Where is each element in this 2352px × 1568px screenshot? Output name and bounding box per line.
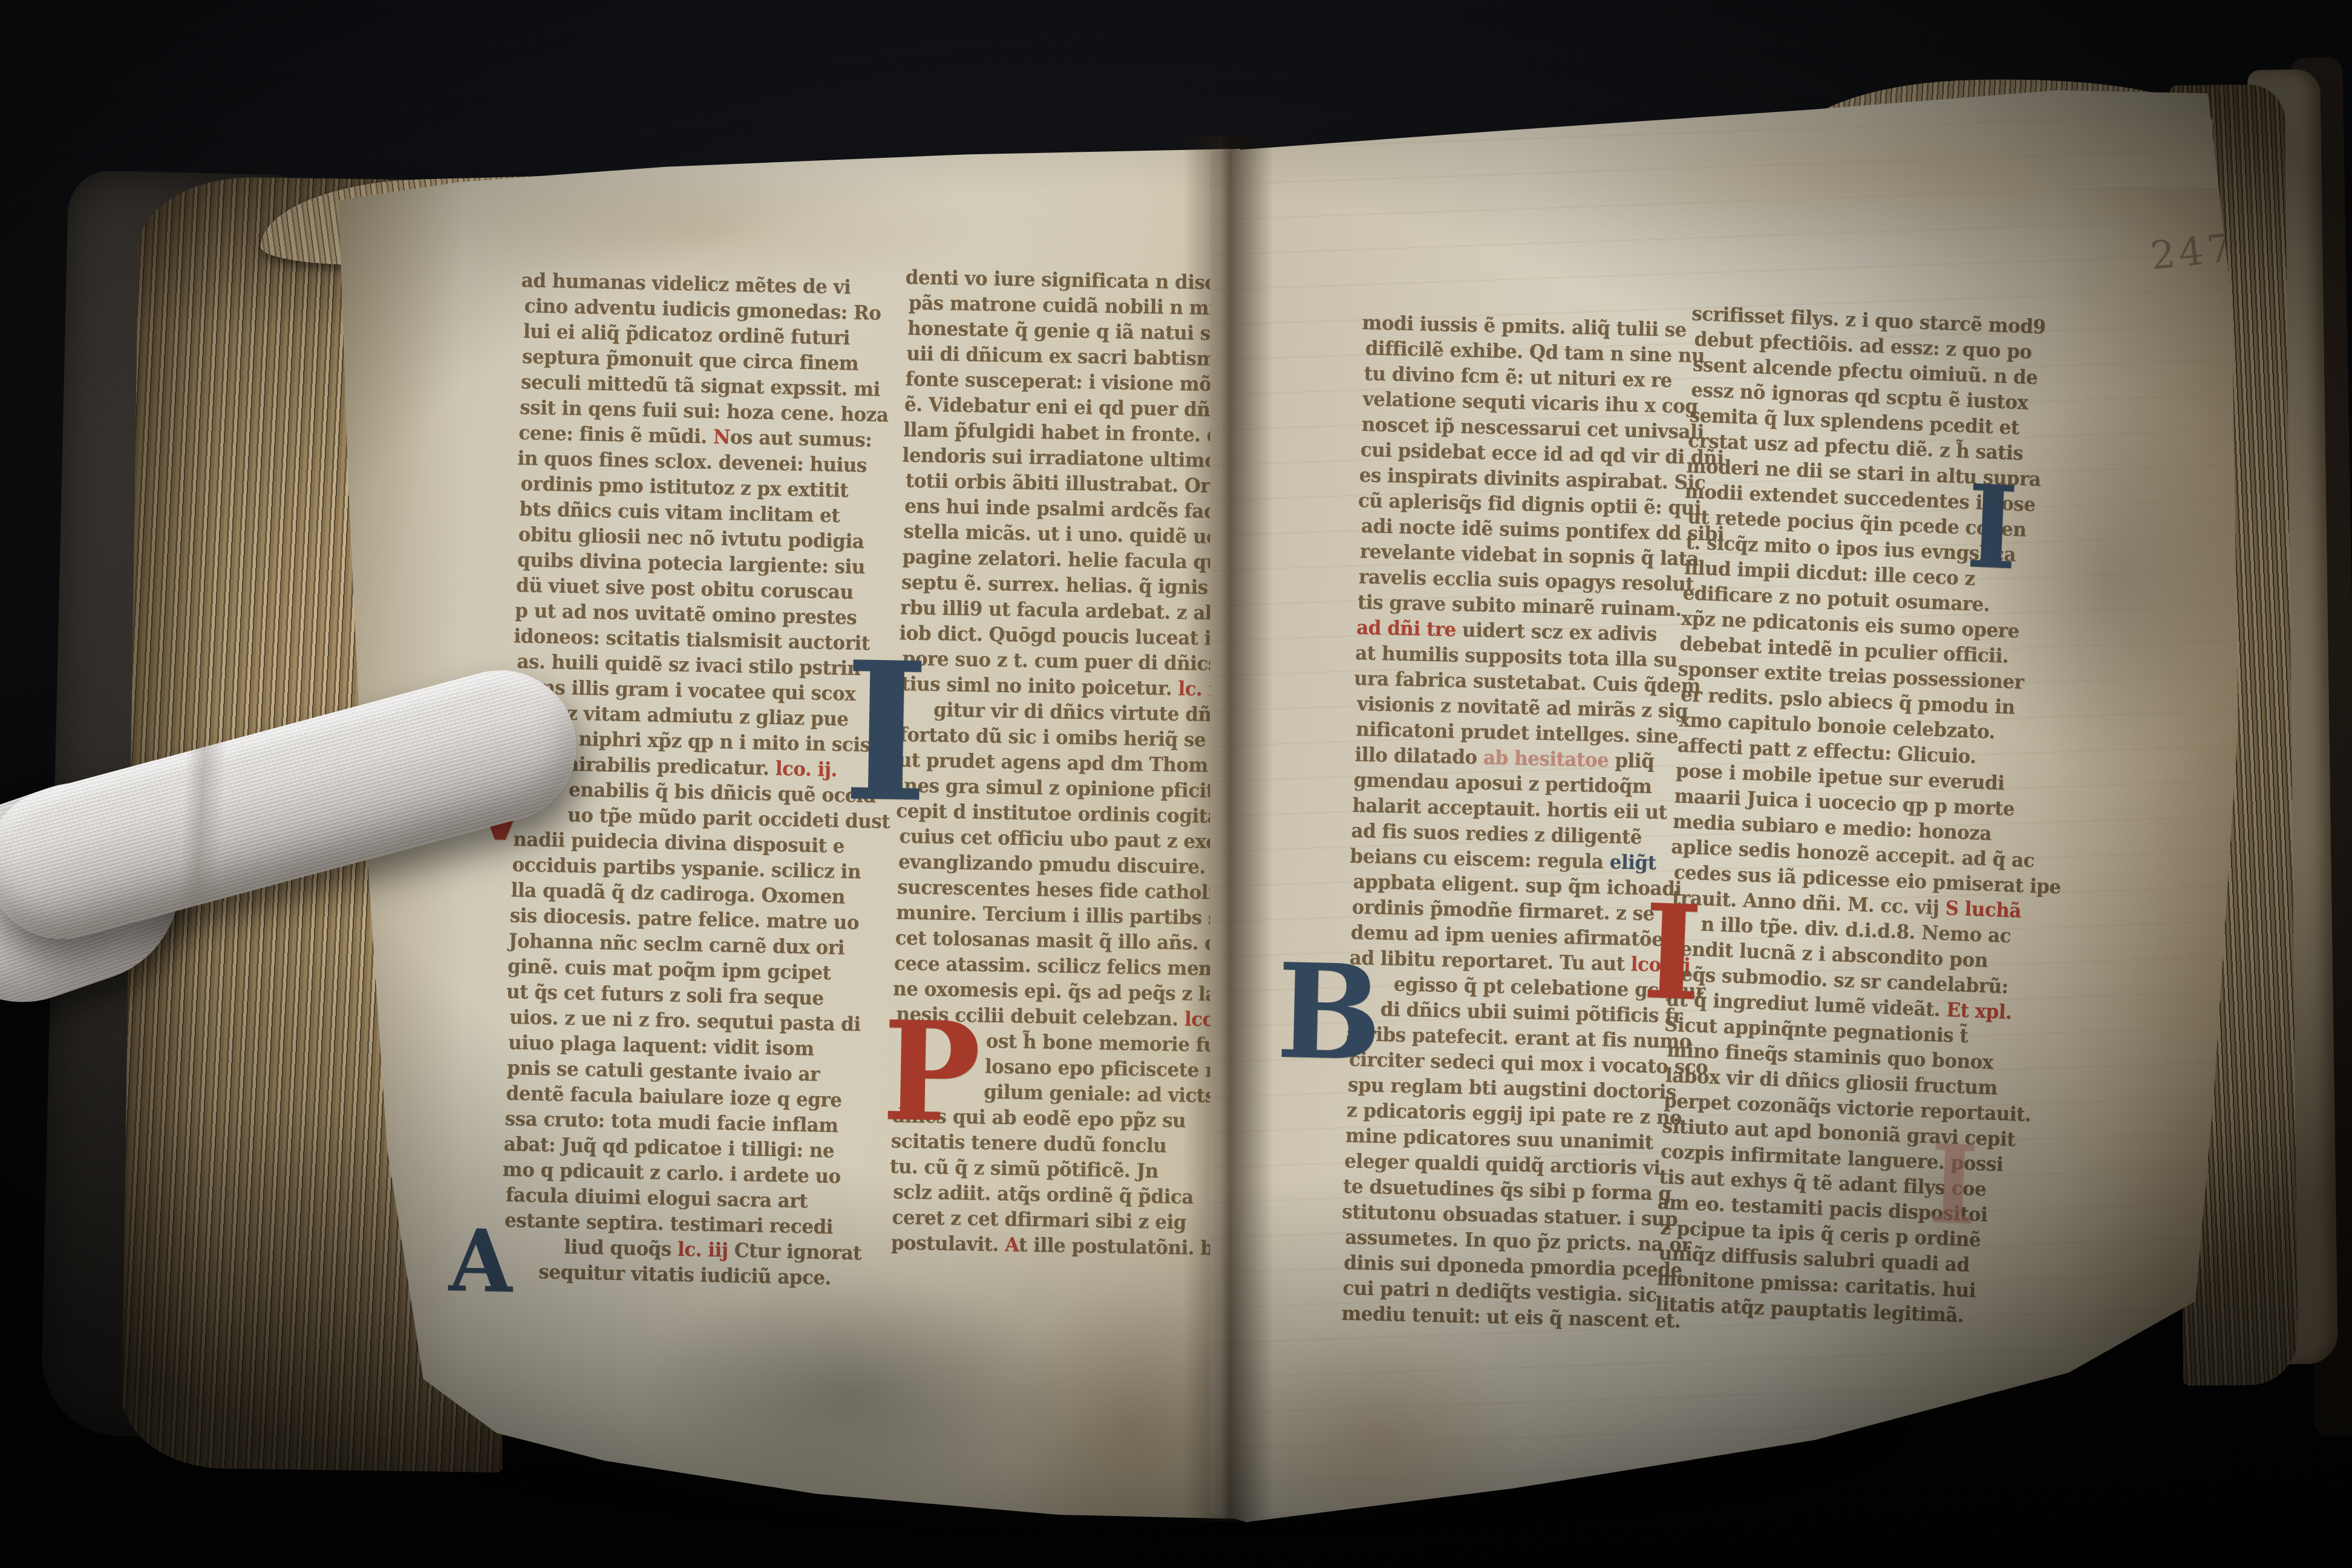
rubric-text: A (1005, 1233, 1019, 1256)
manuscript-photo: ad humanas videlicz mẽtes de vicino adve… (0, 0, 2352, 1568)
body-text: pliq̃ (1609, 749, 1655, 773)
body-text: gitur vir di dñics virtute dñi co (933, 699, 1248, 727)
illuminated-initial-P: P (881, 1015, 981, 1129)
body-text: losano epo pficiscete ro (985, 1055, 1227, 1082)
body-text: ost h̃ bone memorie fu (985, 1030, 1217, 1056)
illuminated-initial-I: I (842, 653, 930, 811)
body-text: honestate q̃ genie q iã natui ser (907, 317, 1232, 345)
body-text: ab hesitatoe (1483, 746, 1609, 772)
illuminated-initial-I: I (1641, 898, 1704, 1007)
rubric-text: lc. iij (678, 1238, 735, 1262)
illuminated-initial-A: A (448, 1225, 513, 1296)
body-text: ceret z cet dfirmari sibi z eig (892, 1206, 1186, 1234)
body-text: ut prudet agens apd dm Thom (898, 749, 1208, 777)
illuminated-initial-I: I (1965, 480, 2019, 576)
body-text: tius siml no inito poicetur. (901, 673, 1178, 700)
manuscript-line: postulavit. At ille postulatõni. buint (890, 1232, 1206, 1264)
parchment-stain (1543, 85, 2269, 254)
body-text: illo dilatado (1354, 743, 1483, 769)
body-text: denti vo iure significata n discre (905, 266, 1237, 295)
rubric-text: S luchã (1945, 897, 2022, 923)
body-text: tu. cũ q̃ z simũ põtificẽ. Jn (890, 1155, 1158, 1183)
body-text: cene: finis ẽ mũdi. (518, 422, 713, 448)
illuminated-initial-I: I (1928, 1140, 1979, 1230)
body-text: uidert scz ex adivis (1455, 619, 1657, 646)
rubric-text: N (713, 426, 731, 449)
body-text: sclz adiit. atq̃s ordinẽ q̃ p̃dica (893, 1181, 1194, 1209)
body-text: ines gra simul z opinione pficit. (897, 774, 1221, 803)
body-text: liud quoq̃s (564, 1236, 678, 1261)
right-page-column-2: scrifisset filys. z i quo starcẽ mod9deb… (1655, 302, 2081, 1333)
right-parchment-page: 247 modi iussis ẽ pmits. aliq̃ tulii sed… (1204, 79, 2244, 1543)
right-page-column-1: modi iussis ẽ pmits. aliq̃ tulii sediffi… (1341, 312, 1703, 1335)
rubric-text: lco. ij. (775, 757, 837, 782)
parchment-stain (635, 1276, 1071, 1506)
rubric-text: ad dñi tre (1356, 616, 1457, 641)
body-text: os aut sumus: (730, 426, 872, 451)
body-text: Ctur ignorat (734, 1240, 861, 1265)
body-text: ad humanas videlicz mẽtes de vi (521, 269, 851, 299)
rubric-text: Et xpl. (1946, 999, 2012, 1024)
body-text: elig̃t (1609, 851, 1656, 874)
illuminated-initial-B: B (1276, 958, 1383, 1067)
left-page-column-2: denti vo iure significata n discrepãs ma… (890, 266, 1222, 1263)
body-text: postulavit. (890, 1232, 1005, 1256)
body-text: modi iussis ẽ pmits. aliq̃ tulii se (1362, 312, 1687, 342)
